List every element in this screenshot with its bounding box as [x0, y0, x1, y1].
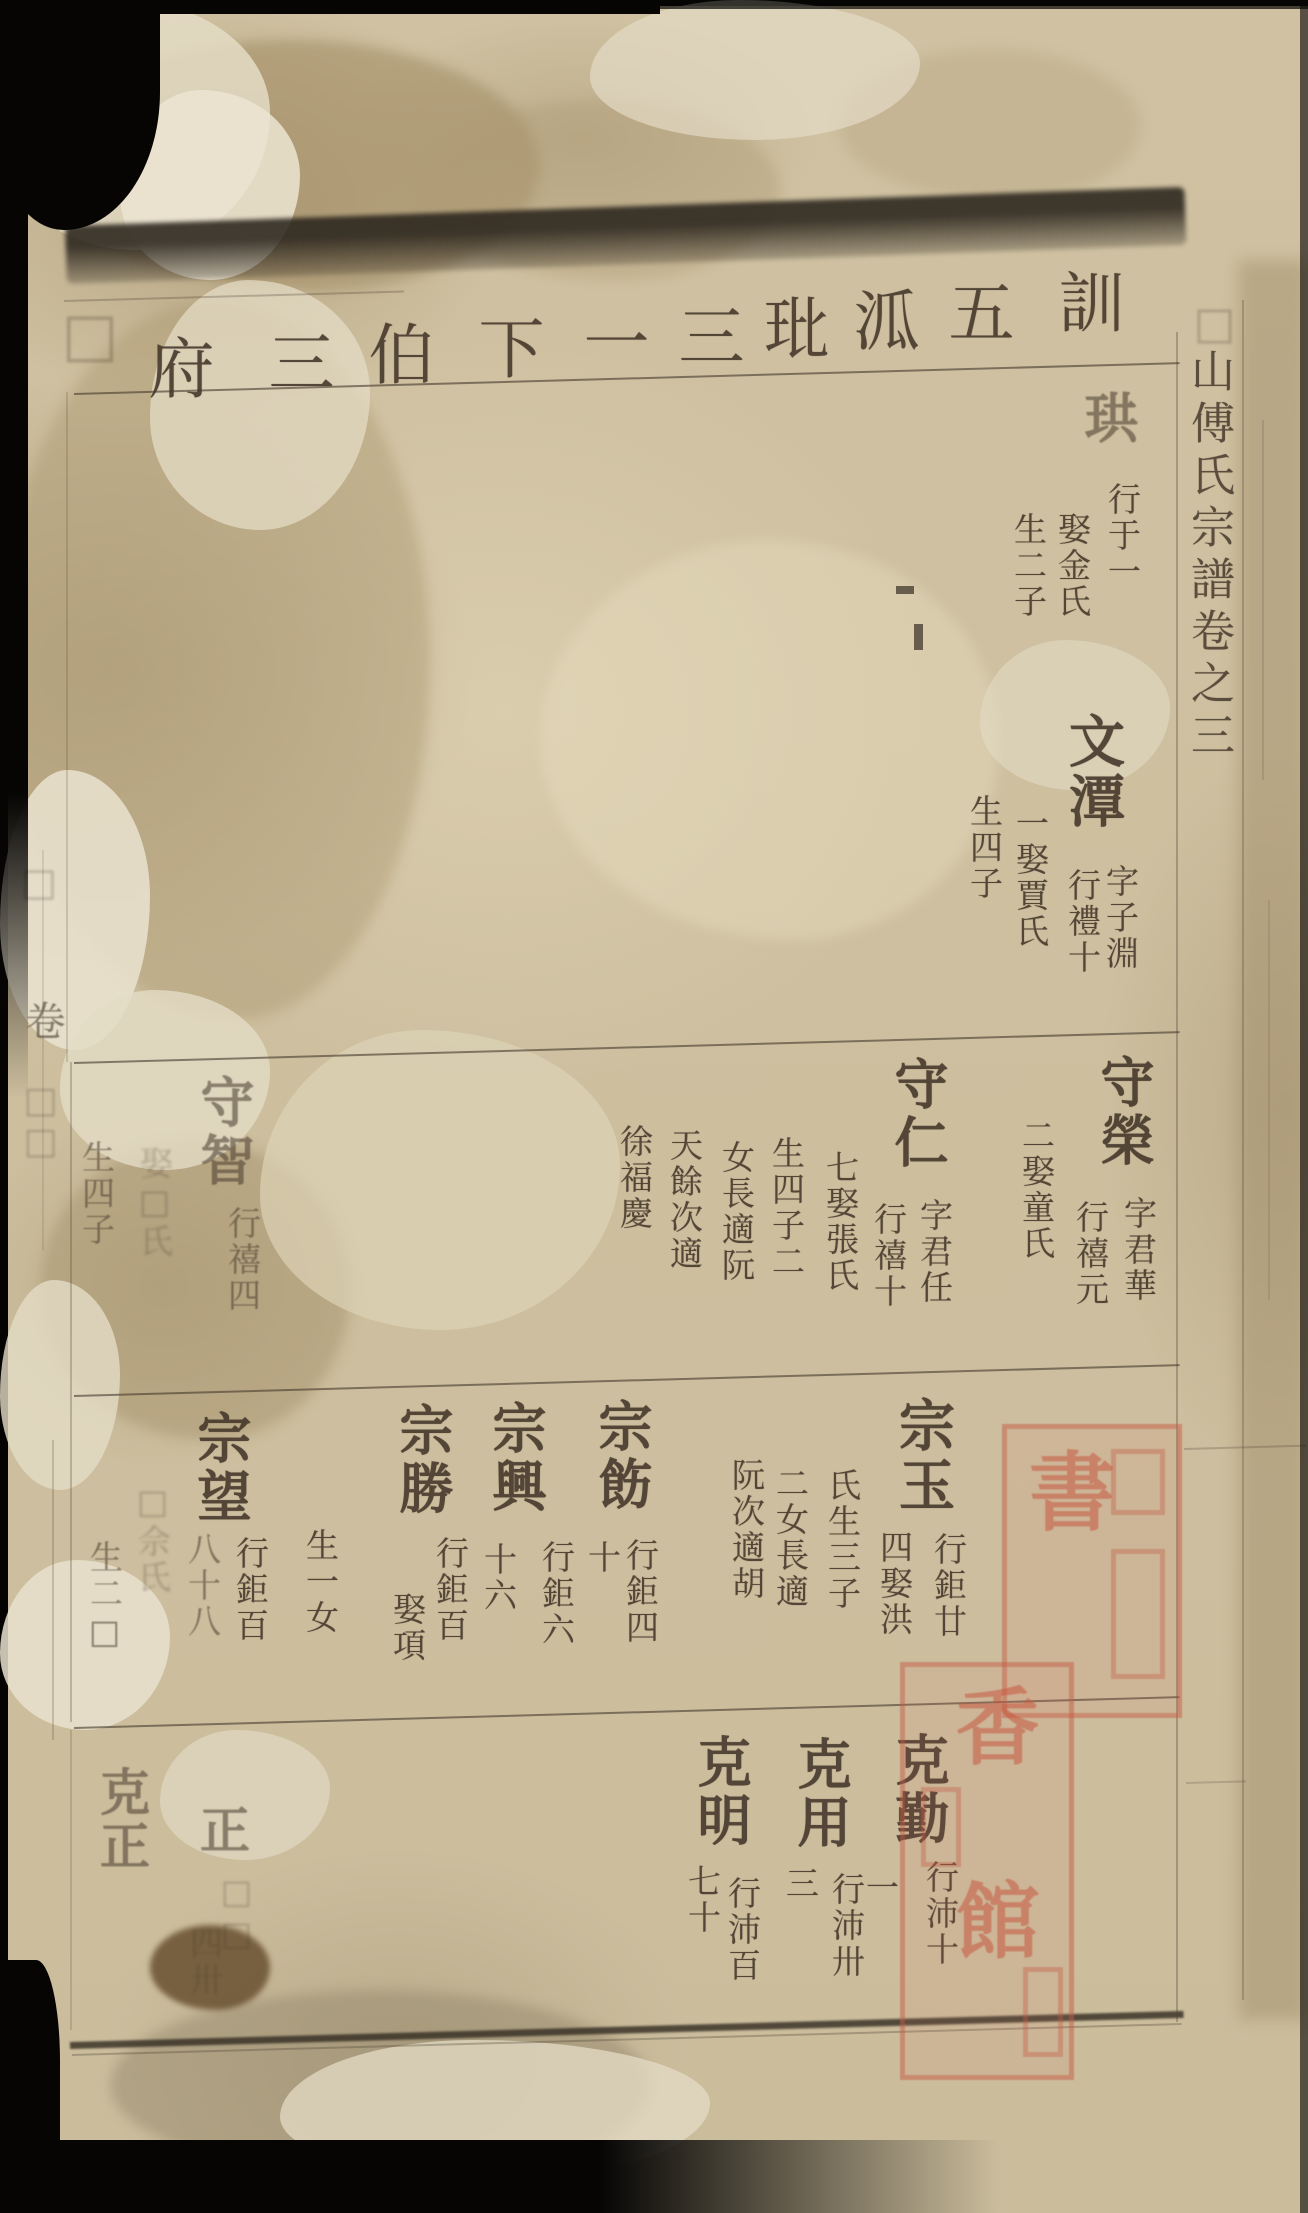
scanned-genealogy-page: □ 山傅氏宗譜卷之三 □ 卷 □□ 訓五泒玭三一下伯三府□ 珙行于一娶金氏生二子…	[0, 0, 1308, 2213]
entry-annotation: 女長適阮	[720, 1140, 753, 1284]
entry-annotation: 行禧四	[226, 1206, 259, 1314]
header-char: 伯	[362, 320, 428, 386]
entry-annotation: 二女長適	[774, 1466, 807, 1610]
header-char: 玭	[757, 294, 823, 360]
header-char: 三	[262, 328, 328, 394]
entry-annotation: 行鉅四	[624, 1538, 657, 1646]
entry-name: 文潭	[1064, 712, 1120, 832]
seal-glyph-box	[1111, 1549, 1165, 1679]
entry-name: 克明	[693, 1734, 747, 1850]
entry-name: 克正	[96, 1766, 146, 1874]
edge-shadow	[0, 2140, 1000, 2213]
seal-character: 館	[949, 1877, 1033, 1961]
edge-shadow	[0, 1960, 60, 2213]
left-border	[66, 392, 68, 1062]
seal-glyph-box	[1023, 1967, 1063, 2057]
right-inner-border	[1176, 332, 1178, 2022]
entry-annotation: 行禧十	[872, 1202, 905, 1310]
entry-annotation: 行鉅六	[540, 1540, 573, 1648]
edge-shadow	[640, 0, 1308, 9]
entry-annotation: 行于一	[1106, 482, 1139, 590]
entry-annotation: 行鉅廿	[932, 1532, 965, 1640]
entry-name: 守仁	[890, 1056, 944, 1172]
entry-annotation: 行沛卅	[830, 1872, 863, 1980]
spine-fold-line	[42, 850, 44, 1250]
entry-annotation: 十	[586, 1540, 619, 1576]
entry-annotation: 生四子二	[770, 1136, 803, 1280]
entry-annotation: 行禮十	[1066, 868, 1099, 976]
entry-annotation: 娶金氏	[1056, 512, 1089, 620]
stain	[1238, 260, 1308, 2020]
header-char: 下	[472, 314, 538, 380]
entry-annotation: 生一女	[304, 1528, 337, 1636]
edge-shadow	[1300, 0, 1308, 2213]
red-seal-lower: 香 館	[900, 1662, 1074, 2080]
entry-annotation: 娶□氏	[138, 1146, 171, 1260]
entry-annotation: □佘氏	[136, 1482, 169, 1596]
entry-name: 宗勝	[395, 1402, 449, 1518]
entry-name: 正	[196, 1804, 246, 1858]
entry-name: 宗興	[488, 1400, 542, 1516]
seal-glyph-box	[921, 1787, 961, 1867]
entry-annotation: 娶項	[391, 1592, 424, 1664]
entry-annotation: 七十	[686, 1864, 719, 1936]
header-char: 泒	[847, 286, 913, 352]
entry-name: 宗望	[193, 1410, 247, 1526]
entry-annotation: 一	[864, 1870, 897, 1906]
entry-annotation: 三	[784, 1866, 817, 1902]
entry-annotation: 字君任	[918, 1198, 951, 1306]
entry-annotation: 阮次適胡	[730, 1458, 763, 1602]
book-title: 山傅氏宗譜卷之三	[1186, 348, 1230, 764]
left-border-double	[52, 1440, 54, 1740]
entry-annotation: 字子淵	[1104, 864, 1137, 972]
entry-name: 守榮	[1096, 1054, 1150, 1170]
entry-annotation: 行禧元	[1074, 1200, 1107, 1308]
entry-annotation: 四卅	[188, 1926, 221, 1998]
entry-annotation: 八十八	[186, 1532, 219, 1640]
entry-annotation: 七娶張氏	[824, 1150, 857, 1294]
left-border	[70, 1062, 72, 1722]
seal-character: 香	[949, 1683, 1033, 1767]
entry-annotation: 四娶洪	[878, 1530, 911, 1638]
entry-annotation: □□	[220, 1872, 253, 1956]
ink-mark	[896, 586, 914, 594]
entry-annotation: 生二□	[88, 1540, 121, 1654]
header-char: 五	[942, 278, 1008, 344]
entry-name: 宗飭	[594, 1398, 648, 1514]
right-fold-line	[1262, 420, 1264, 780]
entry-annotation: 十六	[482, 1542, 515, 1614]
header-char: 府	[142, 334, 208, 400]
entry-annotation: 生四子	[80, 1140, 113, 1248]
entry-name: 宗玉	[894, 1396, 950, 1516]
header-char: 訓	[1052, 268, 1118, 334]
entry-annotation: 生二子	[1012, 512, 1045, 620]
entry-annotation: 一娶賈氏	[1014, 806, 1047, 950]
entry-annotation: 字君華	[1122, 1196, 1155, 1304]
edge-shadow	[0, 0, 660, 14]
margin-title-partial-glyph: □	[1192, 298, 1236, 349]
entry-name: 克用	[793, 1736, 847, 1852]
header-char: 一	[577, 308, 643, 374]
entry-annotation: 生四子	[968, 794, 1001, 902]
entry-annotation: 二娶童氏	[1020, 1118, 1053, 1262]
entry-annotation: 行鉅百	[434, 1536, 467, 1644]
header-partial-glyph: □	[60, 300, 120, 370]
entry-name: 珙	[1080, 390, 1134, 448]
entry-annotation: 徐福慶	[618, 1124, 651, 1232]
left-border	[70, 1730, 72, 2030]
header-char: 三	[672, 302, 738, 368]
seal-glyph-box	[1111, 1449, 1165, 1515]
spine-volume-char: 卷	[22, 1000, 62, 1040]
seal-character: 書	[1021, 1447, 1107, 1533]
right-fold-line	[1268, 900, 1270, 1300]
entry-annotation: 行沛百	[726, 1876, 759, 1984]
right-margin-border	[1242, 300, 1244, 2000]
entry-name: 守智	[196, 1074, 250, 1190]
edge-shadow	[0, 0, 28, 1100]
entry-annotation: 天餘次適	[668, 1128, 701, 1272]
entry-annotation: 氏生三子	[826, 1468, 859, 1612]
entry-annotation: 行鉅百	[234, 1536, 267, 1644]
ink-mark	[914, 624, 923, 650]
